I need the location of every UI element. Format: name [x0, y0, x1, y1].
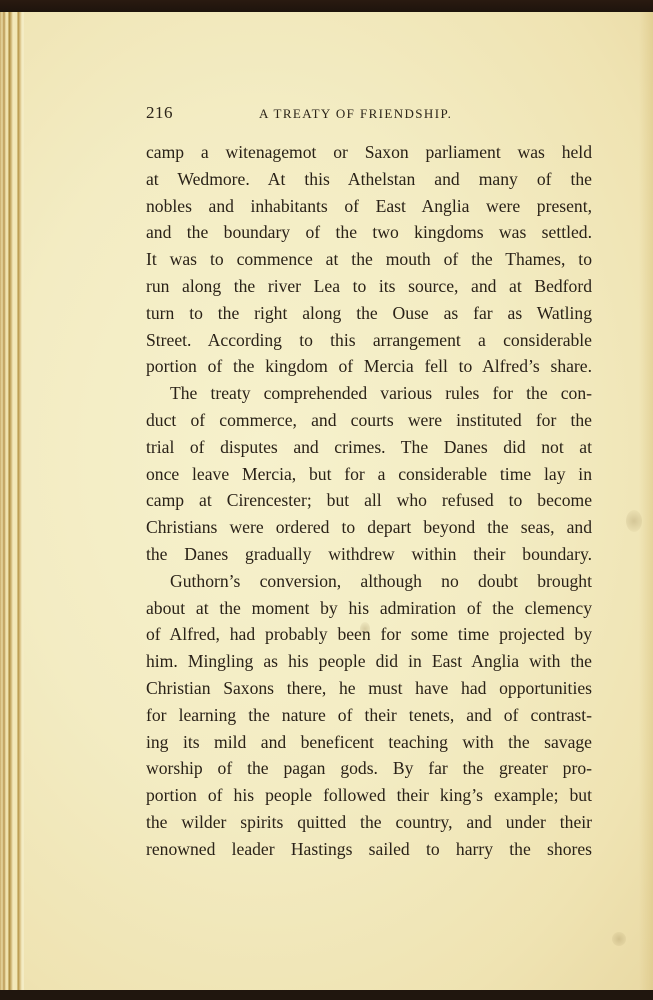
page-edge-right	[639, 12, 653, 992]
text-line: camp a witenagemot or Saxon parliament w…	[146, 139, 592, 166]
text-line: the wilder spirits quitted the country, …	[146, 809, 592, 836]
foxing-spot	[626, 510, 642, 532]
running-head: 216 A Treaty of Friendship.	[146, 103, 592, 127]
text-line: nobles and inhabitants of East Anglia we…	[146, 193, 592, 220]
scan-bottom-border	[0, 990, 653, 1000]
text-line: once leave Mercia, but for a considerabl…	[146, 461, 592, 488]
text-line: run along the river Lea to its source, a…	[146, 273, 592, 300]
text-line: at Wedmore. At this Athelstan and many o…	[146, 166, 592, 193]
text-line: ing its mild and beneficent teaching wit…	[146, 729, 592, 756]
body-text: camp a witenagemot or Saxon parliament w…	[146, 139, 592, 863]
page-edges-left	[0, 12, 24, 992]
foxing-spot	[612, 932, 626, 946]
text-line: The treaty comprehended various rules fo…	[146, 380, 592, 407]
text-line: trial of disputes and crimes. The Danes …	[146, 434, 592, 461]
text-line: the Danes gradually withdrew within thei…	[146, 541, 592, 568]
text-line: renowned leader Hastings sailed to harry…	[146, 836, 592, 863]
text-line: turn to the right along the Ouse as far …	[146, 300, 592, 327]
page-number: 216	[146, 103, 173, 123]
text-line: of Alfred, had probably been for some ti…	[146, 621, 592, 648]
text-line: It was to commence at the mouth of the T…	[146, 246, 592, 273]
text-line: him. Mingling as his people did in East …	[146, 648, 592, 675]
text-line: for learning the nature of their tenets,…	[146, 702, 592, 729]
text-line: worship of the pagan gods. By far the gr…	[146, 755, 592, 782]
text-line: portion of the kingdom of Mercia fell to…	[146, 353, 592, 380]
text-line: Christian Saxons there, he must have had…	[146, 675, 592, 702]
running-title: A Treaty of Friendship.	[259, 106, 452, 122]
text-line: Guthorn’s conversion, although no doubt …	[146, 568, 592, 595]
text-line: portion of his people followed their kin…	[146, 782, 592, 809]
text-line: about at the moment by his admiration of…	[146, 595, 592, 622]
text-line: Christians were ordered to depart beyond…	[146, 514, 592, 541]
text-line: Street. According to this arrangement a …	[146, 327, 592, 354]
text-line: duct of commerce, and courts were instit…	[146, 407, 592, 434]
text-line: and the boundary of the two kingdoms was…	[146, 219, 592, 246]
text-line: camp at Cirencester; but all who refused…	[146, 487, 592, 514]
